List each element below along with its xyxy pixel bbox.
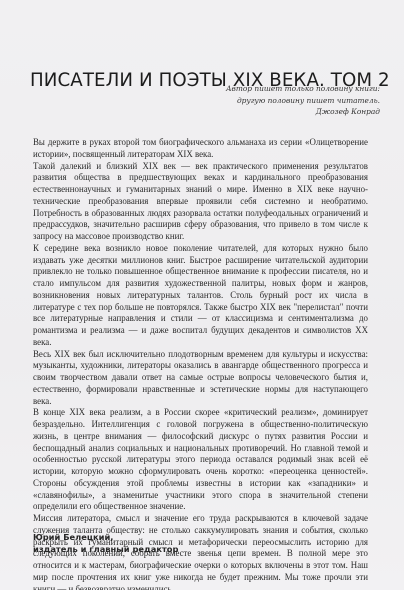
- paragraph: Такой далекий и близкий XIX век — век пр…: [33, 161, 368, 243]
- paragraph: Весь XIX век был исключительно плодотвор…: [33, 349, 368, 408]
- epigraph-author: Джозеф Конрад: [140, 106, 380, 118]
- signature: Юрий Белецкий, издатель и главный редакт…: [33, 531, 178, 555]
- book-page: ПИСАТЕЛИ И ПОЭТЫ XIX ВЕКА. ТОМ 2 Автор п…: [0, 0, 404, 590]
- paragraph: Вы держите в руках второй том биографиче…: [33, 137, 368, 161]
- foreword-text: Вы держите в руках второй том биографиче…: [33, 137, 368, 590]
- signature-name: Юрий Белецкий,: [33, 531, 178, 543]
- epigraph-line: другую половину пишет читатель.: [140, 95, 380, 107]
- signature-role: издатель и главный редактор: [33, 543, 178, 555]
- epigraph: Автор пишет только половину книги: другу…: [140, 83, 380, 118]
- paragraph: В конце XIX века реализм, а в России ско…: [33, 407, 368, 513]
- paragraph: К середине века возникло новое поколение…: [33, 243, 368, 349]
- epigraph-line: Автор пишет только половину книги:: [140, 83, 380, 95]
